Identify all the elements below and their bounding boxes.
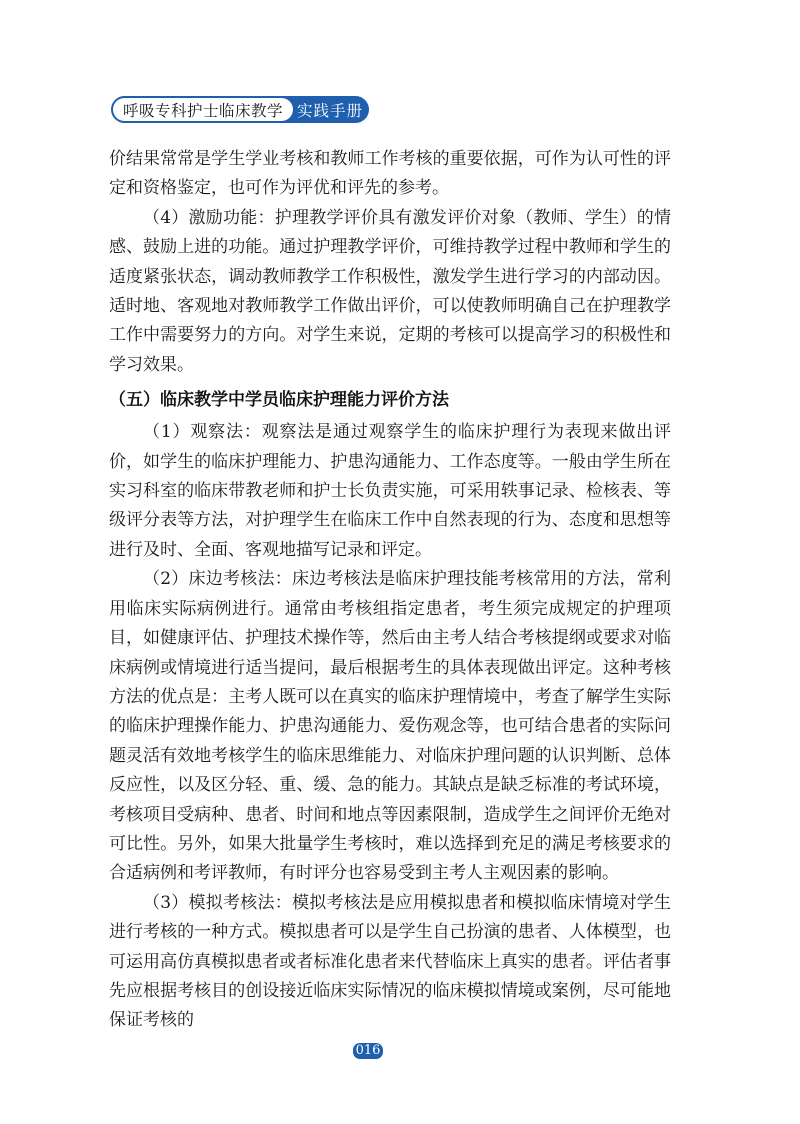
running-header-badge: 呼吸专科护士临床教学 实践手册 <box>111 96 369 123</box>
observation-method-paragraph: （1）观察法：观察法是通过观察学生的临床护理行为表现来做出评价，如学生的临床护理… <box>109 418 671 565</box>
simulation-exam-paragraph: （3）模拟考核法：模拟考核法是应用模拟患者和模拟临床情境对学生进行考核的一种方式… <box>109 889 671 1036</box>
book-subtitle: 实践手册 <box>293 98 367 121</box>
page-number: 016 <box>353 1043 383 1059</box>
page-body: 价结果常常是学生学业考核和教师工作考核的重要依据，可作为认可性的评定和资格鉴定，… <box>109 145 671 1036</box>
bedside-exam-paragraph: （2）床边考核法：床边考核法是临床护理技能考核常用的方法，常利用临床实际病例进行… <box>109 565 671 888</box>
continued-paragraph: 价结果常常是学生学业考核和教师工作考核的重要依据，可作为认可性的评定和资格鉴定，… <box>109 145 671 204</box>
book-title: 呼吸专科护士临床教学 <box>113 98 293 121</box>
section-heading: （五）临床教学中学员临床护理能力评价方法 <box>109 386 671 414</box>
incentive-function-paragraph: （4）激励功能：护理教学评价具有激发评价对象（教师、学生）的情感、鼓励上进的功能… <box>109 204 671 380</box>
